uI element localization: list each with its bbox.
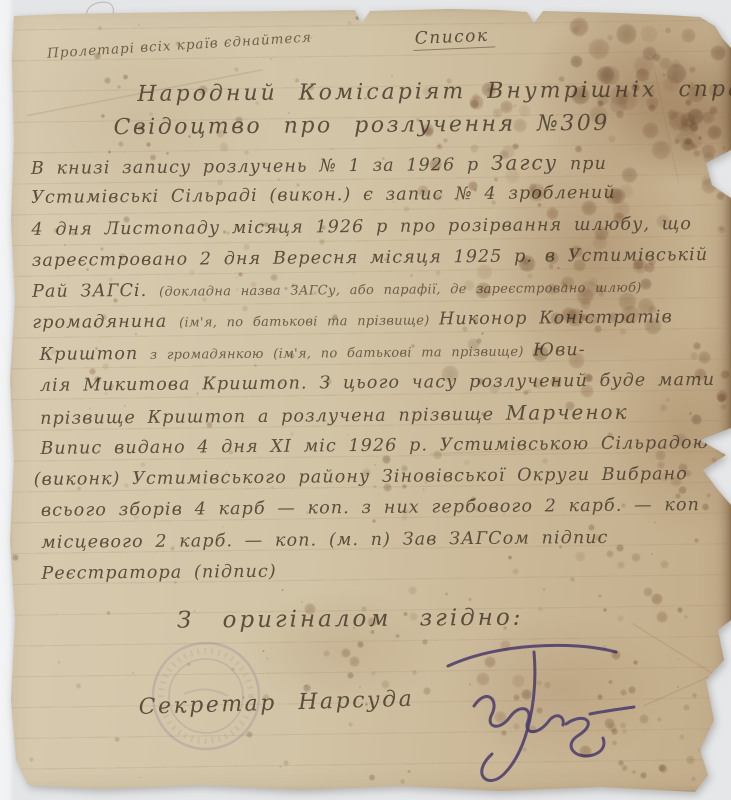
text-segment: (виконк) Устимівського району Зіновівськ… (34, 464, 688, 490)
text-segment: Реєстратора (підпис) (41, 562, 276, 584)
text-segment: (докладна назва ЗАГСу, або парафії, де з… (159, 281, 642, 300)
text-segment: Загсу (491, 150, 559, 175)
text-segment: (ім'я, по батькові та прізвище) (179, 314, 439, 331)
motto-text: Пролетарі всіх країв єднайтеся (47, 30, 313, 62)
text-segment: зареєстровано 2 дня Вересня місяця 1925 … (32, 245, 709, 271)
text-line: всього зборів 4 карб — коп. з них гербов… (34, 490, 731, 527)
photo-background: Пролетарі всіх країв єднайтеся Список На… (0, 0, 731, 800)
body-lines: В книзі запису розлучень № 1 за 1926 р З… (31, 146, 731, 590)
text-segment: прізвище Криштоп а розлучена прізвище (40, 405, 506, 429)
copy-label: Список (412, 25, 495, 51)
text-segment: всього зборів 4 карб — коп. з них гербов… (41, 495, 700, 521)
paper-wrap: Пролетарі всіх країв єднайтеся Список На… (0, 0, 731, 800)
heading: Народний Комісаріят Внутрішніх справ (137, 77, 731, 107)
text-segment: при (558, 154, 607, 174)
text-line: Реєстратора (підпис) (34, 553, 731, 590)
text-segment: Никонор Коністратів (439, 308, 673, 330)
text-segment: лія Микитова Криштоп. З цього часу розлу… (40, 370, 716, 396)
signature-ink-icon (408, 624, 708, 794)
text-segment: Юви- (533, 340, 586, 360)
subheading: Свідоцтво про розлучення №309 (114, 111, 610, 140)
text-segment: місцевого 2 карб. — коп. (м. п) Зав ЗАГС… (41, 527, 608, 552)
text-segment: 4 дня Листопаду місяця 1926 р про розірв… (31, 214, 692, 240)
text-line: громадянина (ім'я, по батькові та прізви… (32, 302, 730, 339)
text-segment: Криштоп (40, 344, 151, 365)
document-paper: Пролетарі всіх країв єднайтеся Список На… (0, 0, 731, 800)
text-segment: з громадянкою (ім'я, по батькові та пріз… (150, 344, 533, 362)
text-segment: Устимівські Сільраді (викон.) є запис № … (31, 183, 616, 208)
official-stamp-icon (136, 626, 276, 766)
text-segment: громадянина (32, 312, 179, 333)
text-segment: Марченок (506, 400, 629, 425)
text-segment: Рай ЗАГСі. (32, 281, 159, 302)
text-segment: Випис видано 4 дня XI міс 1926 р. Устимі… (40, 433, 709, 459)
text-segment: В книзі запису розлучень № 1 за 1926 р (31, 155, 491, 179)
